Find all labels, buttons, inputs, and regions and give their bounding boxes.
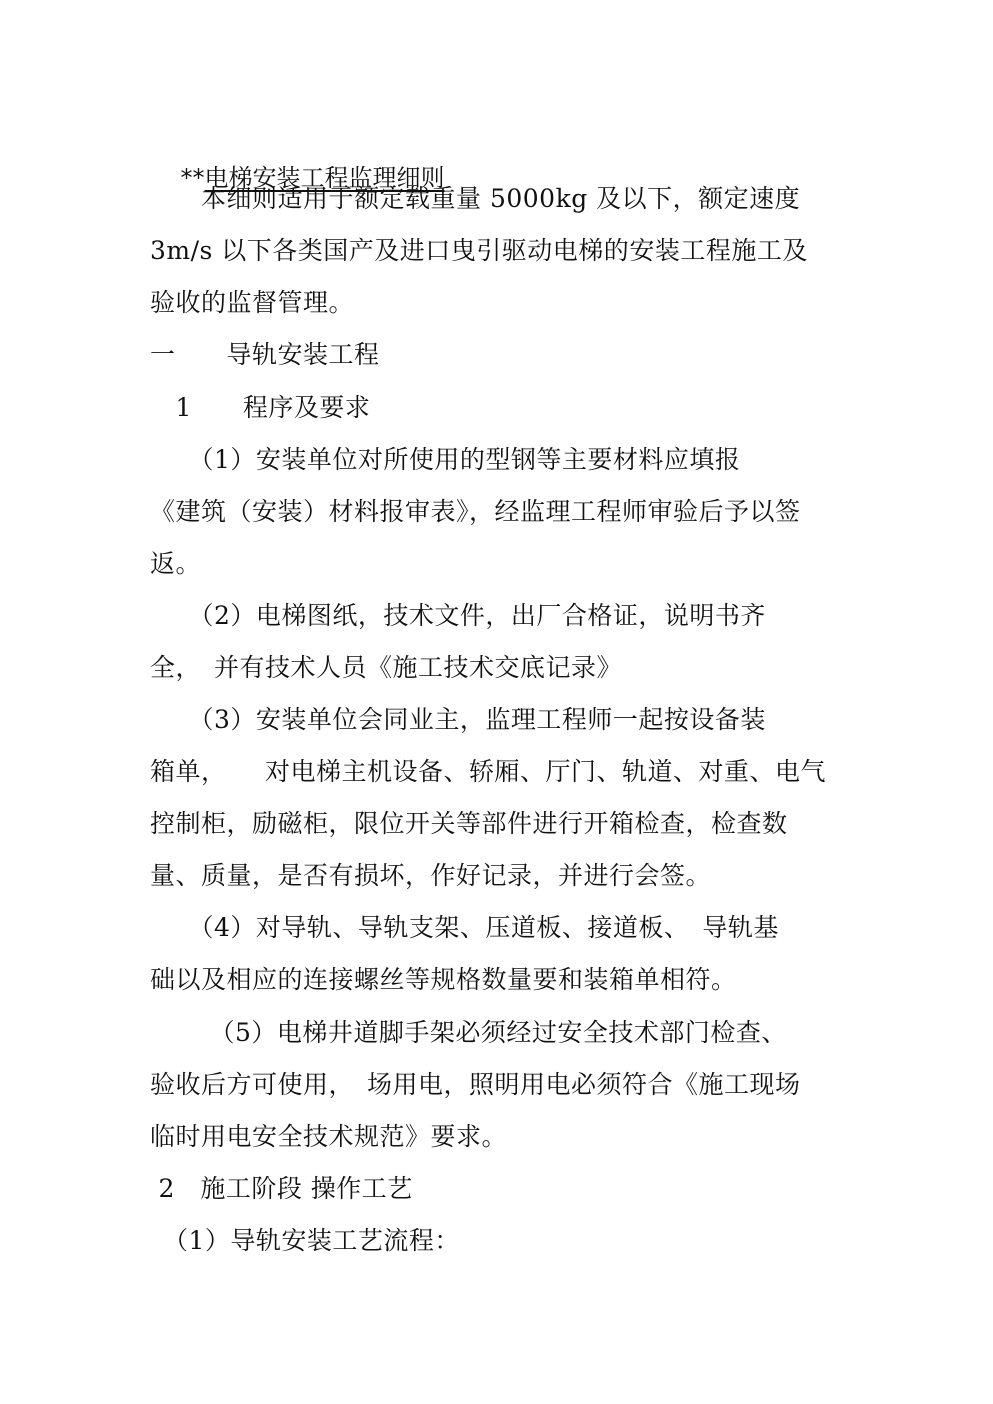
paragraph-line: （1）导轨安装工艺流程： <box>150 1226 460 1256</box>
paragraph-line: 验收后方可使用， 场用电，照明用电必须符合《施工现场 <box>150 1070 801 1100</box>
paragraph-line: 1 程序及要求 <box>150 393 370 423</box>
document-page: **电梯安装工程监理细则 本细则适用于额定载重量 5000kg 及以下，额定速度… <box>0 0 993 1404</box>
paragraph-line: （4）对导轨、导轨支架、压道板、接道板、 导轨基 <box>150 913 779 943</box>
paragraph-line: 础以及相应的连接螺丝等规格数量要和装箱单相符。 <box>150 965 737 995</box>
paragraph-line: 临时用电安全技术规范》要求。 <box>150 1122 507 1152</box>
paragraph-line: （2）电梯图纸，技术文件，出厂合格证，说明书齐 <box>150 601 766 631</box>
paragraph-line: 2 施工阶段 操作工艺 <box>150 1174 413 1204</box>
paragraph-line: 箱单， 对电梯主机设备、轿厢、厅门、轨道、对重、电气 <box>150 757 826 787</box>
paragraph-line: 3m/s 以下各类国产及进口曳引驱动电梯的安装工程施工及 <box>150 236 808 266</box>
paragraph-line: 本细则适用于额定载重量 5000kg 及以下，额定速度 <box>150 184 800 214</box>
paragraph-line: 验收的监督管理。 <box>150 288 354 318</box>
paragraph-line: 量、质量，是否有损坏，作好记录，并进行会签。 <box>150 861 711 891</box>
paragraph-line: 一 导轨安装工程 <box>150 340 380 370</box>
paragraph-line: 返。 <box>150 549 201 579</box>
paragraph-line: （3）安装单位会同业主，监理工程师一起按设备装 <box>150 705 766 735</box>
paragraph-line: 控制柜，励磁柜，限位开关等部件进行开箱检查，检查数 <box>150 809 788 839</box>
paragraph-line: （1）安装单位对所使用的型钢等主要材料应填报 <box>150 445 740 475</box>
paragraph-line: （5）电梯井道脚手架必须经过安全技术部门检查、 <box>150 1018 787 1048</box>
paragraph-line: 《建筑（安装）材料报审表》，经监理工程师审验后予以签 <box>150 497 801 527</box>
paragraph-line: 全， 并有技术人员《施工技术交底记录》 <box>150 653 622 683</box>
